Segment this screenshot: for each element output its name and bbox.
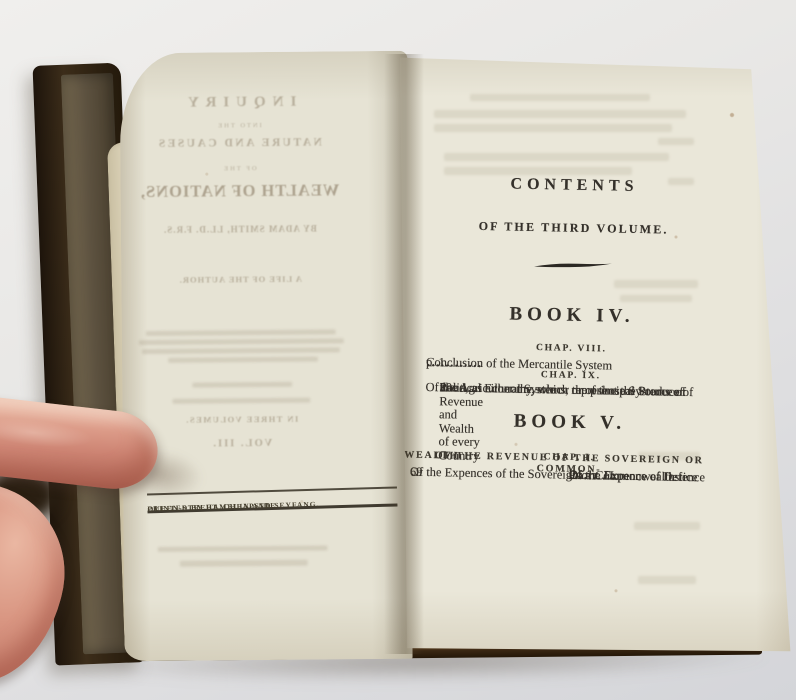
ghost-title-line: IN THREE VOLUMES.: [127, 413, 357, 425]
ghost-text-strip: [158, 545, 328, 551]
book-photo-scene: INQUIRY INTO THE NATURE AND CAUSES OF TH…: [0, 0, 796, 700]
ghost-text-strip: [142, 347, 340, 354]
left-page: INQUIRY INTO THE NATURE AND CAUSES OF TH…: [119, 51, 412, 661]
ghost-title-line: WEALTH OF NATIONS,: [124, 180, 354, 202]
gutter-shadow: [384, 54, 424, 654]
chap-viii-heading: CHAP. VIII.: [406, 341, 736, 357]
ghost-title-line: VOL. III.: [127, 437, 357, 450]
ghost-title-line: INTO THE: [124, 121, 354, 130]
ghost-text-strip: [139, 338, 344, 345]
ghost-text-strip: [180, 560, 308, 567]
showthrough-strip: [638, 576, 696, 584]
entry-page-number: 30: [439, 381, 452, 395]
book-iv-title: BOOK IV.: [407, 302, 737, 330]
ghost-text-strip: [192, 382, 292, 388]
swell-rule-ornament: [533, 259, 613, 270]
ghost-title-line: BY ADAM SMITH, LL.D. F.R.S.: [125, 223, 355, 235]
right-page: CONTENTS OF THE THIRD VOLUME. BOOK IV. C…: [396, 54, 796, 664]
volume-subtitle: OF THE THIRD VOLUME.: [409, 218, 739, 239]
ghost-title-line: NATURE AND CAUSES: [124, 136, 354, 150]
ghost-title-line: INQUIRY: [124, 93, 354, 112]
ghost-text-strip: [168, 357, 318, 363]
ghost-text-strip: [172, 398, 310, 404]
ghost-text-strip: [146, 329, 336, 336]
ghost-title-line: A LIFE OF THE AUTHOR.: [125, 273, 355, 285]
showthrough-strip: [634, 522, 700, 530]
title-page-showthrough: INQUIRY INTO THE NATURE AND CAUSES OF TH…: [119, 51, 412, 661]
contents-title: CONTENTS: [409, 174, 739, 198]
entry-page-number: 94: [569, 468, 582, 482]
contents-page-text: CONTENTS OF THE THIRD VOLUME. BOOK IV. C…: [404, 54, 742, 471]
ghost-title-line: OF THE: [124, 164, 354, 173]
